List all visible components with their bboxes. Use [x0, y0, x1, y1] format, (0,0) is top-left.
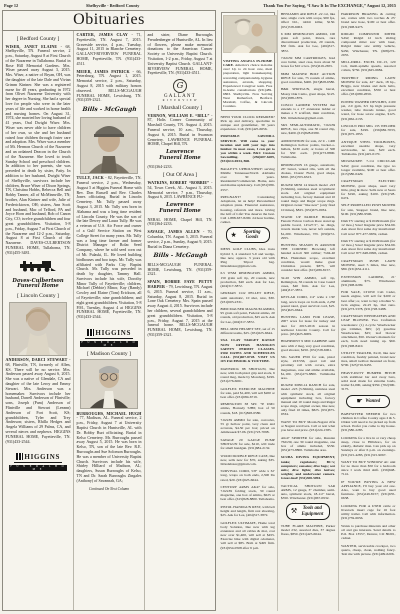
classified-ad: HIGHPOINT 9 MM CARBINE semi auto with 2 … [281, 339, 335, 352]
classified-ad: WOOD DOUBLE RIFLE CASE, like new, sells … [221, 454, 275, 467]
higgins-funeral-home-logo: HIGGINSF U N E R A L H O M E [77, 323, 142, 347]
higgins-mark-icon [87, 329, 94, 336]
obituary-column: [ Bedford County ]WISER, JANET ELAINE - … [3, 31, 73, 610]
classified-ad: REMINGTON 38 SPC +P UMC ammo, Hornady SJ… [221, 402, 275, 415]
classified-ad: SIG SAUER P556 for sale, pistol style, 2… [281, 355, 335, 380]
classified-ad: WANT TO BUY Mosin-Nagant rifle or Nagant… [281, 420, 335, 433]
classified-ad: MENS GOLF CLUBS, Idea irons hybrid 3, 4 … [221, 247, 275, 268]
continued-note: Continued On Next Column [77, 487, 142, 491]
classified-ad: WANT TO BUY WINDOW AC unit for no more t… [341, 460, 395, 477]
classified-column: VISITING ANGELS IN-HOME CARE. America's … [218, 10, 277, 611]
classified-ad: Dish TV starting at $19.99/month (for 12… [341, 219, 395, 236]
classified-ad: NEED YOUR CLOCK REPAIRED? Pick up and de… [221, 115, 275, 132]
county-header: [ Madison County ] [77, 351, 142, 357]
classified-ad: CRAFTSMAN ELECTRIC MOWER, great shape, u… [341, 179, 395, 200]
page-masthead: Page 12 Shelbyville - Bedford County Tha… [0, 0, 400, 10]
classified-ad: PREGNANT? Considering Adoptions, let us … [221, 195, 275, 224]
classified-ad: EXTENSION LADDER, 21′ aluminum, $75. Win… [341, 275, 395, 288]
classified-ad: BAGLEY'S UPHOLSTERY: serving Middle Tenn… [221, 167, 275, 192]
classified-ad: 6 MM REMINGTON AMMO, 100 grain soft poin… [281, 32, 335, 53]
higgins-logo-text: HIGGINS [24, 453, 60, 461]
obituary-entry: VERNON, WILLIAM E. “BILL” - 87, Holts Co… [148, 114, 213, 148]
classified-ad: SCUBA DIVING EQUIPMENT, tanks; regulator… [281, 455, 335, 480]
classified-ad: 8MM MAUSER MAGNUM AMMO, 95 grain soft po… [221, 307, 275, 324]
gallant-riverview-logo: GGALLANTR I V E R V I E W [148, 79, 213, 102]
obit-body: - 68, Shelbyville, TN. Funeral service, … [6, 44, 71, 255]
classified-ad: PORTABLE SAWMILL SERVICE. Will come to y… [221, 134, 275, 163]
obit-body: - 68, Flintville, TN, formerly of Allen,… [6, 357, 71, 444]
script-line: Funeral Home [6, 284, 71, 290]
masthead-region: Shelbyville - Bedford County [86, 3, 139, 8]
obit-body: - 79, Lewisburg, TN. August 6, 2015. Fun… [148, 284, 213, 337]
classified-ad: SURVIVAL CORD, 5/8″ wide x 32′ long, wra… [221, 469, 275, 482]
classified-ad: TROYBILT RIDING LAWN MOWER for sale, 42″… [341, 76, 395, 97]
classified-ad: STAND UP PADDLE BOARD, Fanatic Falcon Ca… [281, 215, 335, 240]
gallant-monogram-icon: G [173, 79, 187, 93]
classified-ad: USA CLAY TARGET RANGE NOW OFFERS HANDGUN… [221, 338, 275, 363]
wanted-icon: ☛ [357, 398, 363, 405]
classified-ad: Wants to purchase minerals and other oil… [341, 524, 395, 541]
classifieds-section: VISITING ANGELS IN-HOME CARE. America's … [216, 10, 398, 611]
portrait-photo [6, 302, 71, 356]
classified-ad: 7.62x39 MM CARTRIDGES, brad core bullet,… [281, 56, 335, 69]
funeral-home-script-logo: Bills - McGaugh [147, 252, 213, 259]
train-logo-icon [18, 260, 58, 272]
obit-continuation-text: (931)364-2233. [148, 165, 213, 170]
classified-ad: RIDGID COMPOUND MITER SAW, Ridgid 12 inc… [341, 32, 395, 57]
classified-ad: LOOKING FOR A USED cattle or livestock i… [341, 504, 395, 521]
county-header: [ Lincoln County ] [6, 293, 71, 299]
obit-body: - 66, Petersburg, TN. August 1, 2015. Me… [77, 69, 142, 103]
classified-column: HARRISON BRAZING & cutting set, comes wi… [338, 10, 398, 611]
higgins-logo-subtext: F U N E R A L H O M E [80, 341, 138, 347]
classified-ad: TACTICAL SHOTGUN SAR ARMS, 12 gauge, 3″ … [281, 484, 335, 501]
obituary-column: CARTER, JAMES CLAY - 71, Fayetteville, T… [73, 31, 144, 610]
classified-ad: KEVLAR CORD, 1/4″ wide x 130′ long, sewn… [281, 295, 335, 312]
portrait-photo-woman [9, 302, 67, 356]
obit-body: - 77, Madison, AL. Funeral service, 2 p.… [77, 415, 142, 482]
classified-ad: WANTED, serviceable crockpot, two quarts… [341, 544, 395, 557]
classified-ad: UTILITY TRAILER, 6x10, like new conditio… [341, 351, 395, 368]
obit-continuation-text: BILLS-MCGAUGH FUNERAL HOME, Lewisburg, T… [148, 263, 213, 277]
classified-ad: CRAFTSMAN WEEDEATERS AND LEAF BLOWER. Tw… [341, 314, 395, 347]
ad-text: VISITING ANGELS IN-HOME CARE. America's … [223, 59, 272, 109]
obituary-entry: BURROUGHS, MICHAEL HUGH - 77, Madison, A… [77, 412, 142, 484]
obituary-entry: SAVAGE, JAMES ALLEN - 70, Columbia, TN. … [148, 230, 213, 249]
visiting-angels-ad: VISITING ANGELS IN-HOME CARE. America's … [221, 12, 275, 111]
county-header: [ Bedford County ] [6, 36, 71, 42]
classified-ad: SKS SEMI-AUTOMATIC, 7.62x39 RIFLE, two c… [281, 123, 335, 136]
classified-ad: BENJAMIN AIR RIFLE .22 cal, like new, si… [281, 12, 335, 29]
obit-continuation-text: NERAL HOME, Chapel Hill, TN. (931)364-22… [148, 218, 213, 228]
obituary-column: and sister, Diane Burroughs Freudenberge… [144, 31, 215, 610]
portrait-photo [77, 359, 142, 409]
ad-body: America's choice in-home care! Up to 24 … [223, 63, 272, 108]
classified-ad: AMMUNITION for sale, 22 lr - 1400 Reming… [281, 139, 335, 160]
obit-body: - 82, Fayetteville, TN. Funeral service,… [77, 175, 142, 319]
portrait-photo [77, 117, 142, 174]
tools-and-equipment-icon: ⚒ [291, 508, 297, 515]
classified-ad: CENTURY ARMS AK47 for sale, 7.62x39 fold… [221, 485, 275, 502]
obituary-entry: WISER, JANET ELAINE - 68, Shelbyville, T… [6, 45, 71, 256]
category-badge-sporting-goods: ★Sporting Goods [226, 227, 270, 243]
obituary-entry: CARTER, JAMES CLAY - 71, Fayetteville, T… [77, 33, 142, 67]
classified-ad: HARRISON BRAZING & cutting set, comes wi… [341, 12, 395, 29]
obituary-entry: WATKINS, ROBERT “BOBBIE” - 54, Town Cree… [148, 181, 213, 200]
classified-ad: LOOKING for a live in or very cheap slee… [341, 436, 395, 457]
gallant-logo-subtext: R I V E R V I E W [148, 99, 213, 102]
obituary-entry: SPAIN, BOBBIE FAYE PETTY HARPER - 79, Le… [148, 280, 213, 338]
classified-ad: MILL-DRILL EXCEL DC-13, 120 volt, multi-… [341, 60, 395, 73]
category-badge-label: Tools and Equipment [300, 506, 326, 516]
county-header: [ Out Of Area ] [148, 172, 213, 178]
classified-ad: IF YOU'RE BUYING A NEW APPLIANCE, I'll b… [341, 480, 395, 501]
classified-ad: 7.62x39 AMMO for sale, corrosive, 55 gr … [221, 418, 275, 435]
classified-ad: ANTIQUE STEEL TOOLBOXES, excellent useab… [341, 140, 395, 157]
classified-ad: MAVERICK 88 SHOTGUN, like new, with both… [221, 367, 275, 384]
classified-ad: HUNTING SEASON IS AROUND THE CORNER! Bro… [281, 243, 335, 272]
classified-ad: FOR SALE, LT1050 Cub Cadet, needs engine… [341, 290, 395, 311]
obituaries-title: Obituaries [3, 11, 215, 31]
script-line: Funeral Home [148, 209, 213, 215]
classified-ad: TUBE FLARE MACHINE, Parker model 232, as… [281, 524, 335, 537]
portrait-photo-man-glasses [80, 359, 138, 409]
category-badge-label: Wanted [365, 399, 380, 404]
classified-ad: RUGER MINI-14 RANCH for sale, model .223… [281, 383, 335, 416]
classified-ad: H&R SHOTGUN, single barrel, Mossy Oak Ca… [281, 87, 335, 100]
classified-ad: SAVAGE 20 GAUGE PUMP SHOTGUN for sale, $… [221, 438, 275, 451]
classified-ad: BABYSITTER NEEDED for two children in Co… [341, 412, 395, 433]
page-number: Page 12 [4, 3, 18, 8]
classified-ad: HEAVY-DUTY BUMPER HITCH with stabilizer … [341, 371, 395, 392]
page-content: Obituaries [ Bedford County ]WISER, JANE… [0, 10, 400, 611]
classified-ad: HUNTING LAND FOR LEASE, 200+ acres for l… [281, 315, 335, 336]
classified-ad: 32-20 WIN AMMO, soft tip, Remington, 36 … [281, 276, 335, 293]
funeral-home-script-logo: LawrenceFuneral Home [148, 150, 213, 161]
county-header: [ Marshall County ] [148, 105, 213, 111]
script-line: Funeral Home [148, 156, 213, 162]
classified-ad: SELF PROPELLED PUSH MOWER for sale, Snap… [341, 203, 395, 216]
higgins-funeral-home-logo: HIGGINSF U N E R A L H O M E [6, 447, 71, 471]
higgins-mark-icon [16, 453, 23, 460]
classified-ad: BELL MINI HELMET SET, set of 15 differen… [221, 327, 275, 335]
classified-ad: MILWAUKEE 7-1/4 CIRCULAR SAW, great cond… [341, 159, 395, 176]
obit-continuation-text: and sister, Diane Burroughs Freudenberge… [148, 33, 213, 76]
funeral-home-script-logo: Daves-CulbertsonFuneral Home [6, 279, 71, 290]
train-icon [6, 259, 71, 277]
classified-ad: LINCOLN PRO MIG 135 WELDER for sale, $19… [341, 124, 395, 137]
higgins-logo-subtext: F U N E R A L H O M E [9, 465, 67, 471]
classified-ad: COSCO LADDER SYSTEM that extends to a 17… [281, 103, 335, 120]
obituary-entry: TULLY, JACK - 82, Fayetteville, TN. Fune… [77, 176, 142, 320]
portrait-photo-man-cap [80, 117, 138, 174]
classified-ad: PISTOL HANDGUN REST, with belt height an… [221, 505, 275, 518]
masthead-slogan-date: Thank You For Saying, “I Saw It In The E… [263, 3, 396, 8]
sporting-goods-icon: ★ [231, 232, 237, 239]
obit-body: - 71, Fayetteville, TN. August 7, 2015. … [77, 32, 142, 66]
classified-ad: GOLFLEX ULTIMATE, Home total body Soluti… [221, 521, 275, 550]
classified-ad: AK47 SPORTER for sale, Russian 762x39, o… [281, 436, 335, 453]
classified-ad: GERMAN CO2 PELLET RIFLE, semi automatic,… [221, 291, 275, 304]
funeral-home-script-logo: LawrenceFuneral Home [148, 203, 213, 214]
classified-ad: 8MM MAUSER BOLT ACTION RIFLE for sale, 7… [281, 72, 335, 85]
classified-ad: GOLFLEX EXERCISE MACHINE for sale, paid … [221, 387, 275, 400]
obituaries-columns: [ Bedford County ]WISER, JANET ELAINE - … [3, 31, 215, 610]
classified-ad: CRAFTSMAN PUSH LAWN MOWER, used 5 times,… [341, 259, 395, 272]
ad-photo [223, 15, 272, 58]
obit-body: - 87, Holts Corner Community of Marshall… [148, 113, 213, 147]
classified-ad: REMINGTON 16 gauge, automatic, 26″ barre… [281, 163, 335, 180]
classified-ad: Dish TV starting at $19.99/month (for 12… [341, 239, 395, 256]
category-badge-wanted: ☛Wanted [346, 395, 390, 408]
daves-culbertson-logo: Daves-CulbertsonFuneral Home [6, 259, 71, 290]
obituary-entry: ANDERSON, DARCI STEWART - 68, Flintville… [6, 358, 71, 444]
category-badge-tools-and-equipment: ⚒Tools and Equipment [286, 503, 330, 519]
funeral-home-script-logo: Bills - McGaugh [76, 106, 142, 113]
higgins-logo-text: HIGGINS [95, 329, 131, 337]
newspaper-page: Page 12 Shelbyville - Bedford County Tha… [0, 0, 400, 614]
category-badge-label: Sporting Goods [239, 230, 265, 240]
classified-column: BENJAMIN AIR RIFLE .22 cal, like new, si… [277, 10, 337, 611]
visiting-angels-photo [223, 15, 277, 53]
obituary-entry: MEIER, JAMES PATRICK - 66, Petersburg, T… [77, 70, 142, 104]
classified-ad: RUGER MINI 14 Ranch model .223 (5.56mm),… [281, 183, 335, 212]
classified-ad: POWER WASHER DEVILBIS, 2100 psi, 2.0 gpm… [341, 100, 395, 121]
obituaries-section: Obituaries [ Bedford County ]WISER, JANE… [2, 10, 216, 611]
classified-ad: 6.5 WSM REMINGTON AMMO, 150 grain soft t… [221, 271, 275, 288]
